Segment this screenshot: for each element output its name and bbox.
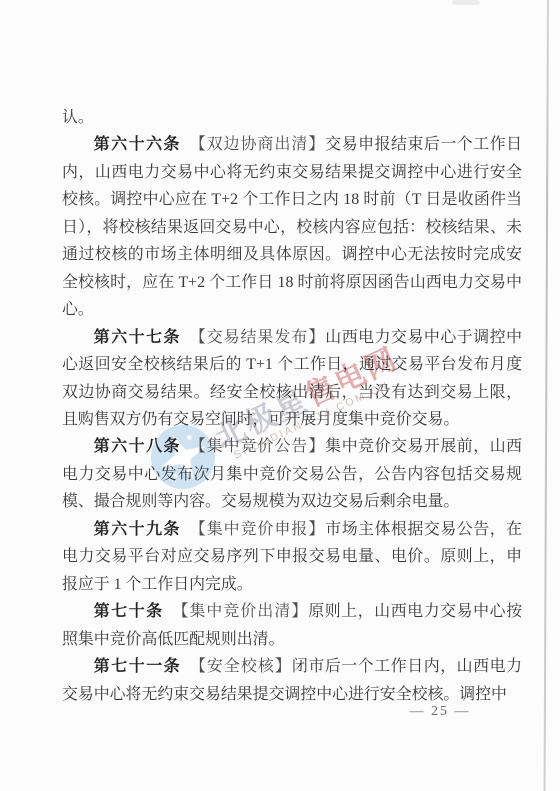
article-paragraph-67: 第六十七条【交易结果发布】山西电力交易中心于调控中心返回安全校核结果后的 T+1…: [62, 324, 522, 434]
article-number: 第六十八条: [94, 438, 181, 455]
article-title: 【集中竞价申报】: [190, 521, 326, 538]
article-paragraph-70: 第七十条【集中竞价出清】原则上，山西电力交易中心按照集中竞价高低匹配规则出清。: [62, 598, 522, 653]
article-number: 第六十六条: [94, 136, 181, 153]
article-number: 第七十条: [94, 603, 164, 620]
scan-smudge: [452, 0, 480, 5]
article-paragraph-66: 第六十六条【双边协商出清】交易申报结束后一个工作日内，山西电力交易中心将无约束交…: [62, 131, 522, 323]
article-number: 第七十一条: [94, 658, 181, 675]
article-number: 第六十九条: [94, 521, 181, 538]
article-title: 【安全校核】: [190, 658, 292, 675]
document-body: 认。 第六十六条【双边协商出清】交易申报结束后一个工作日内，山西电力交易中心将无…: [62, 104, 522, 708]
document-page: 北极星售电网 SHOUDIAN.BJX.COM.CN 认。 第六十六条【双边协商…: [0, 0, 560, 791]
article-paragraph-71: 第七十一条【安全校核】闭市后一个工作日内，山西电力交易中心将无约束交易结果提交调…: [62, 653, 522, 708]
article-paragraph-68: 第六十八条【集中竞价公告】集中竞价交易开展前，山西电力交易中心发布次月集中竞价交…: [62, 433, 522, 515]
page-number: — 25 —: [398, 704, 482, 720]
article-title: 【交易结果发布】: [190, 329, 326, 346]
article-title: 【集中竞价出清】: [172, 603, 308, 620]
article-title: 【集中竞价公告】: [190, 438, 326, 455]
article-paragraph-69: 第六十九条【集中竞价申报】市场主体根据交易公告，在电力交易平台对应交易序列下申报…: [62, 516, 522, 598]
continuation-line: 认。: [62, 104, 522, 131]
article-body: 交易申报结束后一个工作日内，山西电力交易中心将无约束交易结果提交调控中心进行安全…: [62, 136, 522, 318]
article-number: 第六十七条: [94, 329, 181, 346]
scan-edge-line: [544, 0, 549, 791]
article-title: 【双边协商出清】: [190, 136, 326, 153]
